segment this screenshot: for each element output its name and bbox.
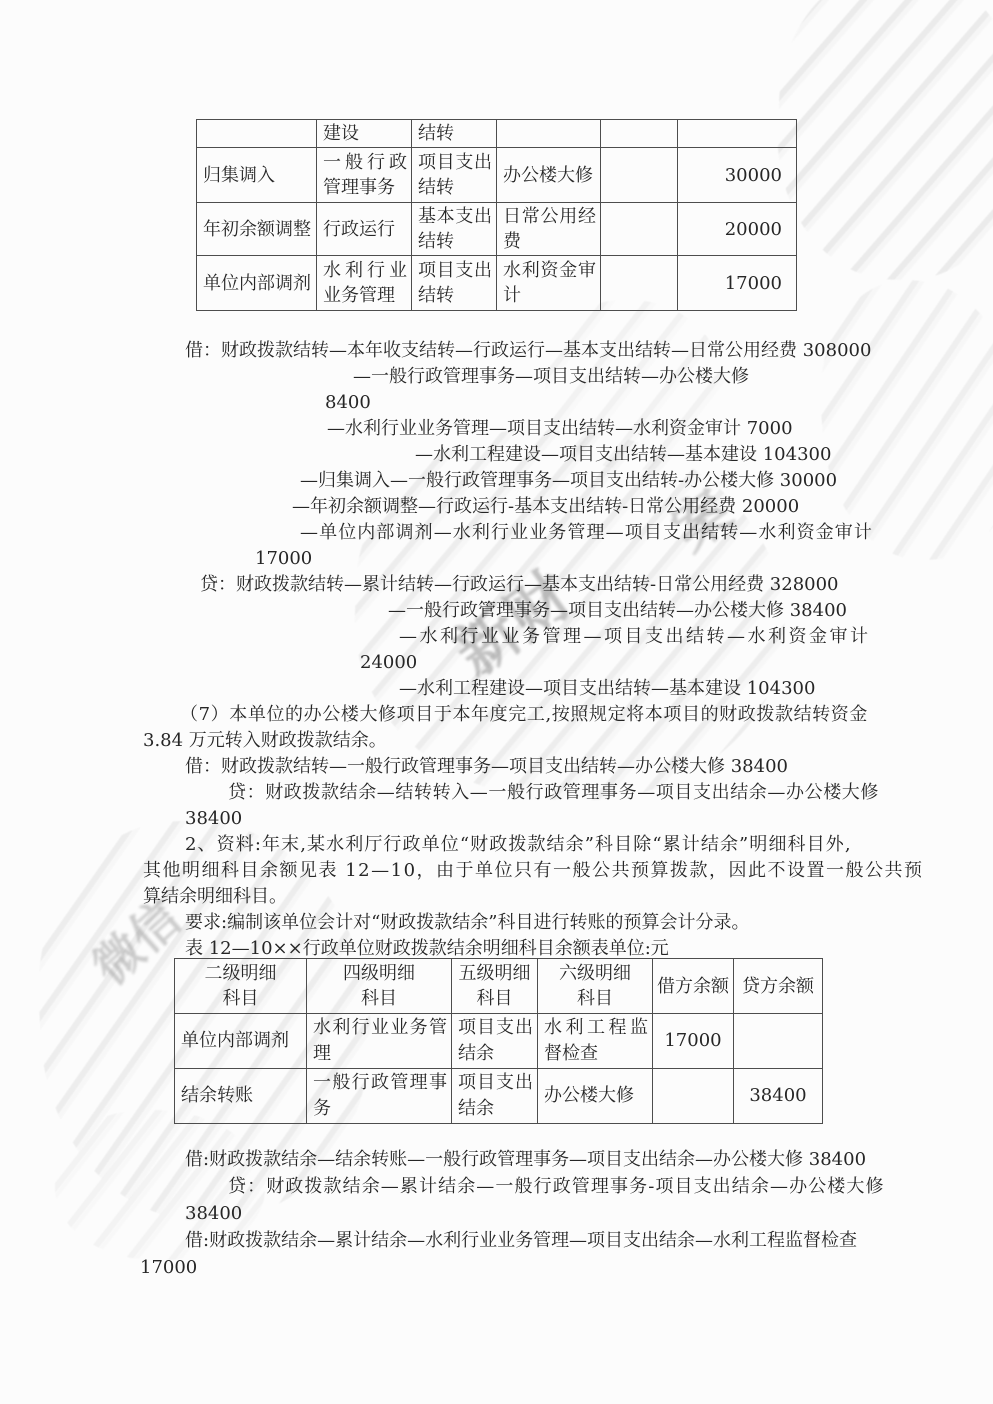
page-content: 建设 结转 归集调入 一般行政管理事务 项目支出结转 办公楼大修 30000 年…: [0, 0, 993, 1404]
text-line: 3.84 万元转入财政拨款结余。: [0, 728, 993, 754]
table-row: 建设 结转: [197, 120, 797, 148]
text-line: —水利工程建设—项目支出结转—基本建设 104300: [0, 442, 993, 468]
text-line: —一般行政管理事务—项目支出结转—办公楼大修: [0, 364, 993, 390]
table-row: 年初余额调整 行政运行 基本支出结转 日常公用经费 20000: [197, 203, 797, 256]
text-line: —单位内部调剂—水利行业业务管理—项目支出结转—水利资金审计: [0, 520, 993, 546]
text-line: 38400: [0, 806, 993, 832]
text-line: 38400: [0, 1200, 993, 1227]
text-line: 借：财政拨款结转—一般行政管理事务—项目支出结转—办公楼大修 38400: [0, 754, 993, 780]
text-line: —年初余额调整—行政运行-基本支出结转-日常公用经费 20000: [0, 494, 993, 520]
text-line: 借:财政拨款结余—累计结余—水利行业业务管理—项目支出结余—水利工程监督检查: [0, 1227, 993, 1254]
text-line: 贷：财政拨款结余—累计结余—一般行政管理事务-项目支出结余—办公楼大修: [0, 1173, 993, 1200]
table-row: 结余转账 一般行政管理事务 项目支出结余 办公楼大修 38400: [175, 1069, 823, 1124]
text-line: （7）本单位的办公楼大修项目于本年度完工,按照规定将本项目的财政拨款结转资金: [0, 702, 993, 728]
text-line: —归集调入—一般行政管理事务—项目支出结转-办公楼大修 30000: [0, 468, 993, 494]
closing-entries-text: 借:财政拨款结余—结余转账—一般行政管理事务—项目支出结余—办公楼大修 3840…: [0, 1146, 993, 1281]
text-line: 17000: [0, 1254, 993, 1281]
text-line: 24000: [0, 650, 993, 676]
text-line: 要求:编制该单位会计对“财政拨款结余”科目进行转账的预算会计分录。: [0, 910, 993, 936]
text-line: —水利工程建设—项目支出结转—基本建设 104300: [0, 676, 993, 702]
table-row: 归集调入 一般行政管理事务 项目支出结转 办公楼大修 30000: [197, 148, 797, 203]
table-12-10-balances: 二级明细 科目 四级明细 科目 五级明细 科目 六级明细 科目 借方余额 贷方余…: [174, 958, 823, 1124]
text-line: 其他明细科目余额见表 12—10，由于单位只有一般公共预算拨款，因此不设置一般公…: [0, 858, 993, 884]
text-line: 借：财政拨款结转—本年收支结转—行政运行—基本支出结转—日常公用经费 30800…: [0, 338, 993, 364]
table-header-row: 二级明细 科目 四级明细 科目 五级明细 科目 六级明细 科目 借方余额 贷方余…: [175, 959, 823, 1014]
carryover-detail-table: 建设 结转 归集调入 一般行政管理事务 项目支出结转 办公楼大修 30000 年…: [196, 119, 797, 311]
text-line: 17000: [0, 546, 993, 572]
text-line: 算结余明细科目。: [0, 884, 993, 910]
text-line: 借:财政拨款结余—结余转账—一般行政管理事务—项目支出结余—办公楼大修 3840…: [0, 1146, 993, 1173]
text-line: 贷：财政拨款结转—累计结转—行政运行—基本支出结转-日常公用经费 328000: [0, 572, 993, 598]
table-row: 单位内部调剂 水利行业业务管理 项目支出结转 水利资金审计 17000: [197, 256, 797, 311]
journal-entries-text: 借：财政拨款结转—本年收支结转—行政运行—基本支出结转—日常公用经费 30800…: [0, 338, 993, 962]
table-row: 单位内部调剂 水利行业业务管理 项目支出结余 水利工程监督检查 17000: [175, 1014, 823, 1069]
text-line: —一般行政管理事务—项目支出结转—办公楼大修 38400: [0, 598, 993, 624]
document-page: 微信 新财 案 建设 结转 归集调入 一般行政管理事务 项目支出结转 办公楼大修: [0, 0, 993, 1404]
text-line: 贷：财政拨款结余—结转转入—一般行政管理事务—项目支出结余—办公楼大修: [0, 780, 993, 806]
text-line: 2、资料:年末,某水利厅行政单位“财政拨款结余”科目除“累计结余”明细科目外,: [0, 832, 993, 858]
text-line: —水利行业业务管理—项目支出结转—水利资金审计: [0, 624, 993, 650]
text-line: 8400: [0, 390, 993, 416]
text-line: —水利行业业务管理—项目支出结转—水利资金审计 7000: [0, 416, 993, 442]
